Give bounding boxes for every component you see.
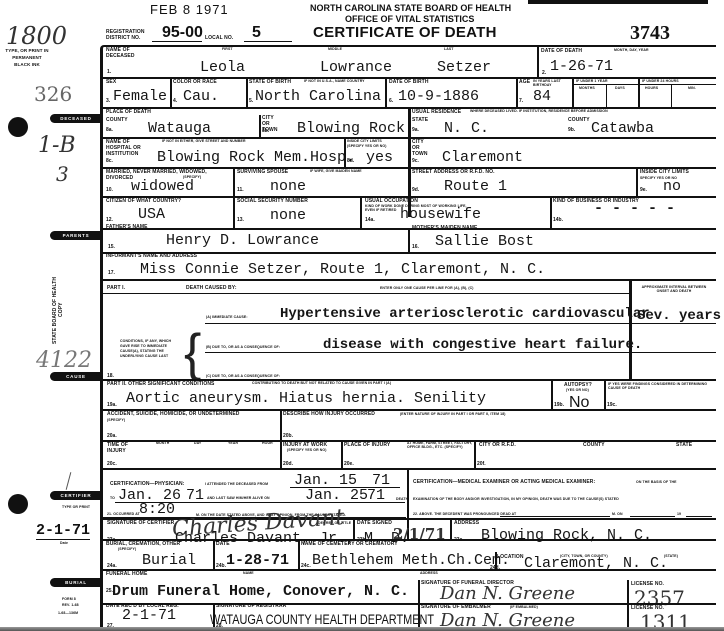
form-number: FORM 8 — [62, 597, 76, 601]
certifier-address: Blowing Rock, N. C. — [481, 528, 652, 544]
state-of-birth-label: STATE OF BIRTH — [249, 79, 291, 85]
hospital-hint: IF NOT IN EITHER, GIVE STREET AND NUMBER — [162, 139, 246, 143]
interval-label: APPROXIMATE INTERVAL BETWEEN ONSET AND D… — [636, 285, 712, 293]
date-of-birth: 10-9-1886 — [398, 89, 479, 105]
punch-hole-2 — [8, 494, 28, 514]
death-inside-city-hint: (SPECIFY YES OR NO) — [347, 144, 387, 148]
residence-state-label: STATE — [412, 117, 428, 123]
accident-hint: (SPECIFY) — [107, 418, 125, 422]
due-to-b: disease with congestive heart failure. — [323, 337, 642, 353]
last-saw-label: AND LAST SAW HIM/HER ALIVE ON — [207, 496, 270, 500]
certifier-type-hint: Type or print — [62, 505, 90, 509]
margin-code-3: 3 — [56, 162, 69, 186]
examiner-label: CERTIFICATION—MEDICAL EXAMINER OR ACTING… — [413, 479, 595, 485]
residence-street-label: STREET ADDRESS OR R.F.D. No. — [412, 169, 495, 175]
day-label: DAY — [194, 441, 201, 445]
funeral-director-signature: Dan N. Greene — [440, 583, 575, 604]
local-no-label: LOCAL NO. — [205, 35, 233, 41]
date-of-death-label: DATE OF DEATH — [541, 48, 582, 54]
county-of-death-label: COUNTY — [106, 117, 128, 123]
margin-code-1800: 1800 — [6, 22, 67, 50]
date-label: Date — [60, 541, 68, 545]
under-1-year-label: IF UNDER 1 YEAR — [576, 79, 608, 83]
days-label: DAYS — [615, 86, 625, 90]
time-of-death: 8:20 — [139, 502, 175, 518]
received-date: 2-1-71 — [122, 608, 176, 624]
usual-residence-label: USUAL RESIDENCE — [412, 109, 461, 115]
tab-parents: PARENTS — [50, 231, 102, 240]
sex: Female — [113, 89, 167, 105]
agency-line-1: NORTH CAROLINA STATE BOARD OF HEALTH — [310, 3, 511, 13]
due-to-b-label: (b) DUE TO, OR AS A CONSEQUENCE OF: — [206, 345, 280, 349]
surviving-spouse-label: SURVIVING SPOUSE — [237, 169, 288, 175]
death-inside-city-label: INSIDE CITY LIMITS — [347, 139, 407, 143]
tab-deceased: DECEASED — [50, 114, 102, 123]
funeral-home: Drum Funeral Home, Conover, N. C. — [112, 584, 409, 600]
part1-label: PART I. — [107, 285, 125, 291]
death-caused-by-label: DEATH CAUSED BY: — [186, 285, 237, 291]
informant-label: INFORMANT'S NAME AND ADDRESS — [106, 253, 197, 259]
form-revision: REV. 1-68 — [62, 603, 79, 607]
tab-cause: CAUSE — [50, 372, 102, 381]
describe-injury-hint: (ENTER NATURE OF INJURY IN PART I OR PAR… — [400, 412, 506, 416]
due-to-c-label: (c) DUE TO, OR AS A CONSEQUENCE OF: — [206, 374, 280, 378]
citizenship: USA — [138, 207, 165, 223]
place-of-injury-hint: AT HOME, FARM, STREET, FACTORY, OFFICE B… — [407, 441, 473, 449]
brace-icon: { — [184, 327, 201, 379]
interval-a: Sev. years — [637, 308, 721, 324]
color-race: Cau. — [183, 89, 219, 105]
other-conditions: Aortic aneurysm. Hiatus hernia. Senility — [126, 391, 486, 407]
month-label: MONTH — [156, 441, 169, 445]
disposition: Burial — [142, 553, 196, 569]
funeral-home-name-label: NAME — [243, 571, 254, 575]
father-name: Henry D. Lowrance — [166, 233, 319, 249]
conditions-label: CONDITIONS, IF ANY, WHICH GAVE RISE TO I… — [120, 339, 172, 359]
one-cause-hint: ENTER ONLY ONE CAUSE PER LINE FOR (a), (… — [380, 286, 474, 290]
tab-certifier: CERTIFIER — [50, 491, 102, 500]
death-inside-city: yes — [366, 150, 393, 166]
form-print-run: 1-68—136M — [58, 611, 78, 615]
examiner-m-on: M. ON — [612, 512, 623, 516]
burial-date-label: DATE — [216, 541, 230, 547]
hour-label: HOUR — [262, 441, 273, 445]
surviving-spouse-hint: IF WIFE, GIVE MAIDEN NAME — [310, 169, 362, 173]
funeral-home-address-label: ADDRESS — [420, 571, 438, 575]
occupation: housewife — [400, 207, 481, 223]
examiner-text-2: EXAMINATION OF THE BODY AND/OR INVESTIGA… — [413, 497, 619, 501]
ssn-label: SOCIAL SECURITY NUMBER — [237, 198, 308, 204]
age-hint: IN YEARS LAST BIRTHDAY — [533, 79, 567, 87]
attended-from-label: I ATTENDED THE DECEASED FROM — [205, 482, 268, 486]
state-of-birth-hint: IF NOT IN U.S.A., NAME COUNTRY — [304, 79, 379, 83]
min-label: MIN. — [688, 86, 696, 90]
hospital: Blowing Rock Mem.Hosp. — [157, 150, 355, 166]
date-of-death: 1-26-71 — [550, 59, 613, 75]
to-label: TO — [110, 496, 115, 500]
cemetery-label: NAME OF CEMETERY OR CREMATORY — [301, 541, 398, 547]
business: - - - - - — [594, 201, 675, 217]
injury-state-label: STATE — [676, 442, 692, 448]
city-of-death: Blowing Rock — [297, 121, 405, 137]
mother-label: MOTHER'S MAIDEN NAME — [412, 225, 477, 231]
year-label: YEAR — [228, 441, 238, 445]
cemetery: Bethlehem Meth.Ch.Cem. — [312, 553, 510, 569]
funeral-home-label: FUNERAL HOME — [106, 571, 147, 577]
residence-inside-city: no — [663, 179, 681, 195]
scan-bottom-edge — [0, 627, 724, 631]
deceased-middle-name: Lowrance — [320, 60, 392, 76]
color-label: COLOR OR RACE — [173, 79, 217, 85]
age: 84 — [533, 89, 551, 105]
describe-injury-label: DESCRIBE HOW INJURY OCCURRED — [283, 411, 375, 417]
agency-line-2: OFFICE OF VITAL STATISTICS — [345, 14, 474, 24]
county-of-death: Watauga — [148, 121, 211, 137]
date-filed: 2-1-71 — [36, 522, 90, 539]
date-of-death-hint: MONTH, DAY, YEAR — [614, 48, 649, 52]
part2-hint: CONTRIBUTING TO DEATH BUT NOT RELATED TO… — [252, 381, 391, 385]
date-signed-label: DATE SIGNED — [357, 520, 392, 526]
residence-inside-city-label: INSIDE CITY LIMITS — [640, 169, 689, 175]
informant: Miss Connie Setzer, Route 1, Claremont, … — [140, 262, 545, 278]
residence-county: Catawba — [591, 121, 654, 137]
registrar-signature-label: SIGNATURE OF REGISTRAR — [216, 603, 286, 609]
deceased-first-name: Leola — [200, 60, 245, 76]
copy-label: STATE BOARD OF HEALTH COPY — [52, 270, 72, 350]
marital-status: widowed — [131, 179, 194, 195]
punch-hole-1 — [8, 117, 28, 137]
certifier-address-label: ADDRESS — [454, 520, 479, 526]
citizen-label: CITIZEN OF WHAT COUNTRY? — [106, 198, 181, 204]
findings-label: IF YES WERE FINDINGS CONSIDERED IN DETER… — [608, 382, 714, 390]
residence-city: Claremont — [442, 150, 523, 166]
usual-residence-hint: WHERE DECEASED LIVED. IF INSTITUTION, RE… — [470, 109, 710, 113]
residence-county-label: COUNTY — [568, 117, 590, 123]
page-title: CERTIFICATE OF DEATH — [313, 24, 497, 41]
name-label: NAME OF DECEASED — [106, 47, 146, 59]
age-label: AGE — [519, 79, 530, 85]
top-black-bar — [528, 0, 708, 4]
certificate-number: 3743 — [630, 22, 670, 45]
under-24-hours-label: IF UNDER 24 HOURS — [642, 79, 679, 83]
accident-label: ACCIDENT, SUICIDE, HOMICIDE, OR UNDETERM… — [107, 411, 277, 417]
location-label: LOCATION — [497, 554, 524, 560]
examiner-19: 19 — [677, 512, 681, 516]
time-of-injury-label: TIME OF INJURY — [107, 442, 137, 454]
months-label: MONTHS — [579, 86, 595, 90]
sex-label: SEX — [106, 79, 116, 85]
tab-burial: BURIAL — [50, 578, 102, 587]
hospital-label: NAME OF HOSPITAL OR INSTITUTION — [106, 139, 156, 157]
examiner-text-1: ON THE BASIS OF THE — [636, 480, 677, 484]
injury-at-work-hint: (SPECIFY YES OR NO) — [287, 448, 327, 452]
first-label: FIRST — [222, 47, 233, 51]
date-of-birth-label: DATE OF BIRTH — [389, 79, 429, 85]
local-no: 5 — [252, 24, 261, 42]
margin-code-1b: 1-B — [38, 133, 76, 158]
registration-district-label: REGISTRATION DISTRICT NO. — [106, 29, 156, 41]
middle-label: MIDDLE — [328, 47, 342, 51]
hours-label: HOURS — [645, 86, 658, 90]
registration-district: 95-00 — [162, 24, 203, 42]
registrar: WATAUGA COUNTY HEALTH DEPARTMENT — [210, 611, 434, 627]
disposition-hint: (SPECIFY) — [118, 547, 136, 551]
embalmer-hint: (IF EMBALMED) — [510, 605, 538, 609]
residence-state: N. C. — [444, 121, 489, 137]
last-label: LAST — [444, 47, 454, 51]
deceased-last-name: Setzer — [437, 60, 491, 76]
father-label: FATHER'S NAME — [106, 224, 148, 230]
immediate-cause-label: (a) IMMEDIATE CAUSE: — [206, 315, 248, 319]
surviving-spouse: none — [270, 179, 306, 195]
margin-code-326: 326 — [34, 82, 72, 106]
immediate-cause: Hypertensive arteriosclerotic cardiovasc… — [280, 306, 650, 322]
autopsy-hint: (YES OR NO) — [566, 388, 589, 392]
state-of-birth: North Carolina — [255, 89, 381, 105]
ssn: none — [270, 208, 306, 224]
margin-code-4122: 4122 — [36, 348, 92, 373]
residence-street: Route 1 — [444, 179, 507, 195]
received-stamp-date: FEB 8 1971 — [150, 2, 229, 17]
mother-maiden-name: Sallie Bost — [435, 234, 534, 250]
place-of-death-label: PLACE OF DEATH — [106, 109, 151, 115]
part2-label: PART II. OTHER SIGNIFICANT CONDITIONS — [107, 381, 257, 387]
burial-date: 1-28-71 — [226, 553, 289, 569]
place-of-injury-label: PLACE OF INJURY — [344, 442, 390, 448]
city-rfd-label: CITY OR R.F.D. — [479, 442, 516, 448]
occurred-at-label: 21. OCCURRED AT — [107, 512, 140, 516]
signature-certifier-label: SIGNATURE OF CERTIFIER — [107, 520, 174, 526]
ink-instruction: TYPE, OR PRINT IN PERMANENT BLACK INK — [4, 47, 50, 68]
injury-county-label: COUNTY — [583, 442, 605, 448]
residence-city-label: CITY OR TOWN — [412, 139, 432, 157]
